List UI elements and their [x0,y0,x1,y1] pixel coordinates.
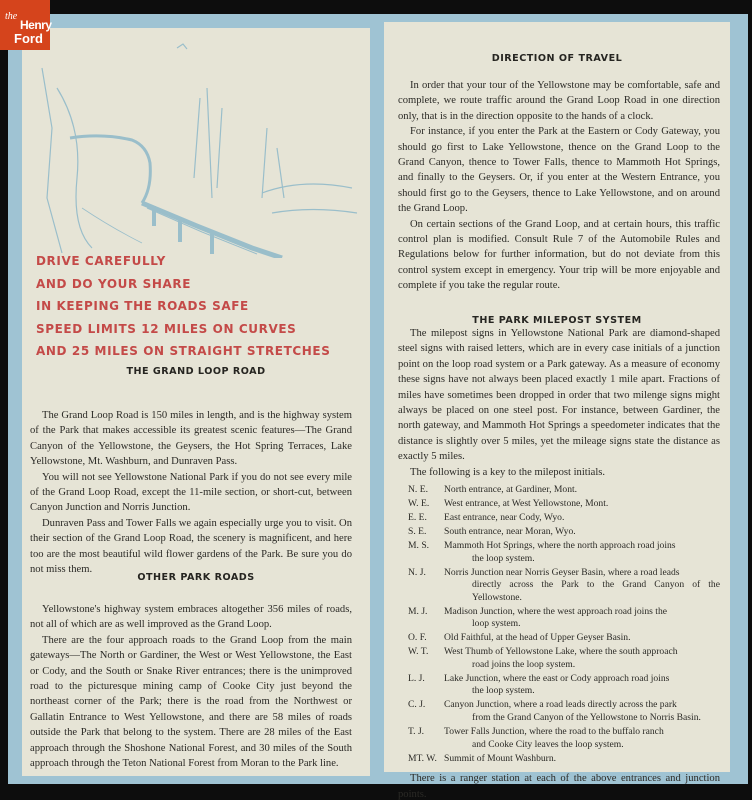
milepost-description: Mammoth Hot Springs, where the north app… [440,540,720,565]
milepost-description: Canyon Junction, where a road leads dire… [440,699,720,724]
milepost-code: E. E. [398,512,440,525]
milepost-description: West Thumb of Yellowstone Lake, where th… [440,646,720,671]
milepost-description: East entrance, near Cody, Wyo. [440,512,720,525]
milepost-text: Lake Junction, where the east or Cody ap… [444,673,669,684]
milepost-text: South entrance, near Moran, Wyo. [444,526,576,537]
milepost-code: M. S. [398,540,440,565]
grand-loop-section: The Grand Loop Road is 150 miles in leng… [30,408,352,577]
milepost-text: Summit of Mount Washburn. [444,753,556,764]
paragraph: The milepost signs in Yellowstone Nation… [398,326,720,465]
logo-henry: Henry [20,18,52,32]
milepost-text: Norris Junction near Norris Geyser Basin… [444,567,680,578]
left-panel: DRIVE CAREFULLY AND DO YOUR SHARE IN KEE… [22,28,370,776]
direction-section: In order that your tour of the Yellowsto… [398,78,720,294]
milepost-key-item: E. E.East entrance, near Cody, Wyo. [398,512,720,525]
paragraph: In order that your tour of the Yellowsto… [398,78,720,124]
milepost-description: West entrance, at West Yellowstone, Mont… [440,498,720,511]
milepost-text: Tower Falls Junction, where the road to … [444,726,664,737]
milepost-text-continued: loop system. [444,618,720,631]
milepost-code: W. E. [398,498,440,511]
milepost-key-item: M. S.Mammoth Hot Springs, where the nort… [398,540,720,565]
milepost-description: Lake Junction, where the east or Cody ap… [440,673,720,698]
warning-line: DRIVE CAREFULLY [36,250,330,273]
milepost-text-continued: road joins the loop system. [444,659,720,672]
paragraph: Yellowstone's highway system embraces al… [30,602,352,633]
milepost-text: Madison Junction, where the west approac… [444,606,667,617]
paragraph: You will not see Yellowstone National Pa… [30,470,352,516]
milepost-heading: THE PARK MILEPOST SYSTEM [384,315,730,326]
milepost-key-item: O. F.Old Faithful, at the head of Upper … [398,632,720,645]
milepost-code: S. E. [398,526,440,539]
milepost-key-item: L. J.Lake Junction, where the east or Co… [398,673,720,698]
safety-warning: DRIVE CAREFULLY AND DO YOUR SHARE IN KEE… [36,250,330,363]
milepost-code: N. E. [398,484,440,497]
paragraph: For instance, if you enter the Park at t… [398,124,720,216]
milepost-code: M. J. [398,606,440,631]
paragraph: The following is a key to the milepost i… [398,465,720,480]
milepost-text-continued: from the Grand Canyon of the Yellowstone… [444,712,720,725]
brochure-sheet: DRIVE CAREFULLY AND DO YOUR SHARE IN KEE… [8,14,748,784]
milepost-text: West Thumb of Yellowstone Lake, where th… [444,646,678,657]
milepost-key-item: C. J.Canyon Junction, where a road leads… [398,699,720,724]
closing-note: There is a ranger station at each of the… [398,771,720,800]
milepost-text: Old Faithful, at the head of Upper Geyse… [444,632,631,643]
logo-the: the [5,11,17,22]
milepost-text: Canyon Junction, where a road leads dire… [444,699,677,710]
warning-line: SPEED LIMITS 12 MILES ON CURVES [36,318,330,341]
other-roads-section: Yellowstone's highway system embraces al… [30,602,352,771]
milepost-description: Norris Junction near Norris Geyser Basin… [440,567,720,605]
milepost-key-item: M. J.Madison Junction, where the west ap… [398,606,720,631]
milepost-key-item: S. E.South entrance, near Moran, Wyo. [398,526,720,539]
milepost-code: N. J. [398,567,440,605]
milepost-description: Summit of Mount Washburn. [440,753,720,766]
milepost-description: Madison Junction, where the west approac… [440,606,720,631]
milepost-code: O. F. [398,632,440,645]
milepost-key-item: MT. W.Summit of Mount Washburn. [398,753,720,766]
milepost-key-item: W. T.West Thumb of Yellowstone Lake, whe… [398,646,720,671]
milepost-text: Mammoth Hot Springs, where the north app… [444,540,676,551]
milepost-key-item: T. J.Tower Falls Junction, where the roa… [398,726,720,751]
milepost-description: Tower Falls Junction, where the road to … [440,726,720,751]
milepost-code: W. T. [398,646,440,671]
milepost-text-continued: the loop system. [444,553,720,566]
milepost-section: The milepost signs in Yellowstone Nation… [398,326,720,800]
right-panel: DIRECTION OF TRAVEL In order that your t… [384,22,730,772]
milepost-code: MT. W. [398,753,440,766]
milepost-description: Old Faithful, at the head of Upper Geyse… [440,632,720,645]
paragraph: The Grand Loop Road is 150 miles in leng… [30,408,352,470]
milepost-key-item: W. E.West entrance, at West Yellowstone,… [398,498,720,511]
milepost-description: South entrance, near Moran, Wyo. [440,526,720,539]
milepost-key-item: N. E.North entrance, at Gardiner, Mont. [398,484,720,497]
paragraph: There are the four approach roads to the… [30,633,352,772]
milepost-text-continued: and Cooke City leaves the loop system. [444,739,720,752]
milepost-description: North entrance, at Gardiner, Mont. [440,484,720,497]
milepost-text-continued: the loop system. [444,685,720,698]
milepost-key-list: N. E.North entrance, at Gardiner, Mont.W… [398,484,720,765]
milepost-key-item: N. J.Norris Junction near Norris Geyser … [398,567,720,605]
logo-ford: Ford [14,31,43,46]
milepost-text: West entrance, at West Yellowstone, Mont… [444,498,608,509]
milepost-text: North entrance, at Gardiner, Mont. [444,484,577,495]
warning-line: AND 25 MILES ON STRAIGHT STRETCHES [36,340,330,363]
milepost-text-continued: directly across the Park to the Grand Ca… [444,579,720,604]
paragraph: On certain sections of the Grand Loop, a… [398,217,720,294]
other-roads-heading: OTHER PARK ROADS [22,572,370,583]
milepost-code: C. J. [398,699,440,724]
milepost-code: L. J. [398,673,440,698]
milepost-code: T. J. [398,726,440,751]
henry-ford-logo: the Henry Ford [0,0,50,50]
warning-line: AND DO YOUR SHARE [36,273,330,296]
milepost-text: East entrance, near Cody, Wyo. [444,512,564,523]
warning-line: IN KEEPING THE ROADS SAFE [36,295,330,318]
grand-loop-heading: THE GRAND LOOP ROAD [22,366,370,377]
direction-heading: DIRECTION OF TRAVEL [384,53,730,64]
paragraph: Dunraven Pass and Tower Falls we again e… [30,516,352,578]
road-illustration-icon [22,28,370,258]
